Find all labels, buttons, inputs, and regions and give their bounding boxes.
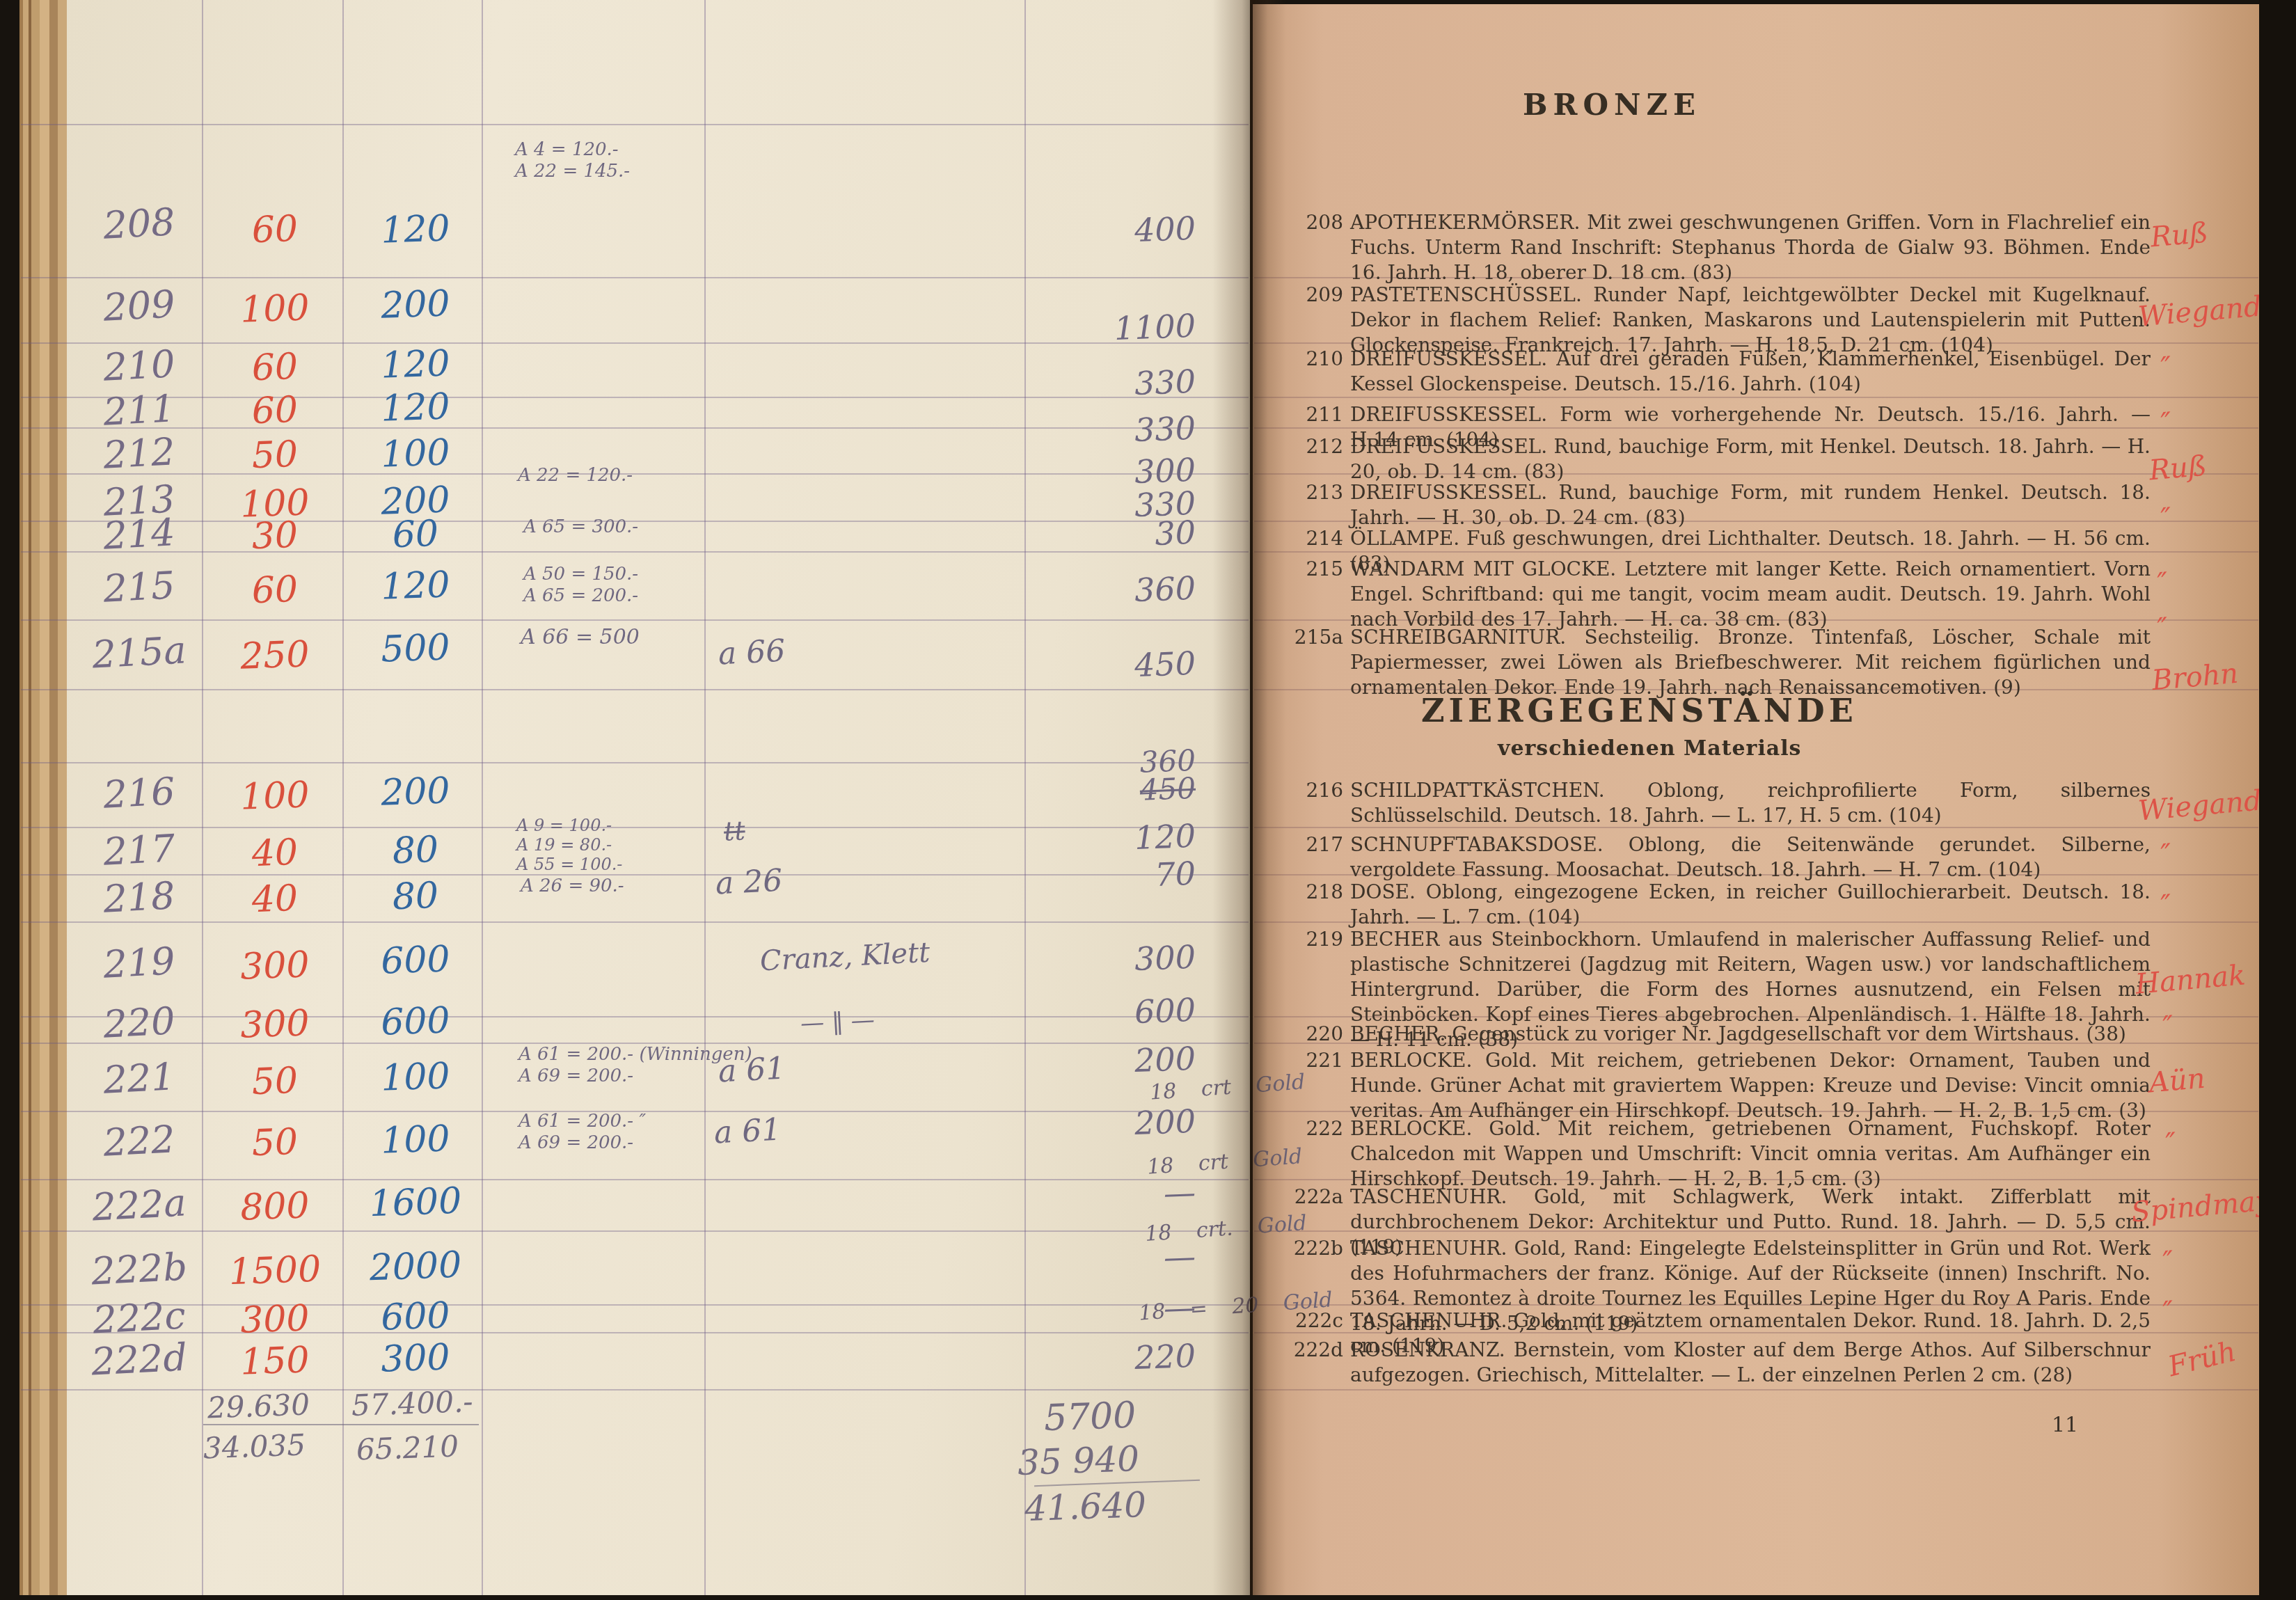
ledger-estimate: 100 — [208, 773, 342, 820]
catalog-entry-text: DREIFUSSKESSEL. Rund, bauchige Form, mit… — [1350, 434, 2151, 484]
ledger-annotation-line: A 69 = 200.- — [518, 1132, 646, 1154]
catalog-entry-text: DREIFUSSKESSEL. Rund, bauchige Form, mit… — [1350, 480, 2151, 530]
ledger-estimate: 60 — [208, 567, 342, 614]
ledger-column-rule — [704, 0, 706, 1595]
ledger-result-total: 5700 — [1043, 1395, 1137, 1440]
catalog-entry: 222d ROSENKRANZ. Bernstein, vom Kloster … — [1276, 1338, 2151, 1388]
ledger-item-no: 218 — [72, 872, 206, 923]
margin-red-note: Ruß — [2149, 216, 2209, 253]
ledger-column-rule — [1024, 0, 1026, 1595]
section-subheading: verschiedenen Materials — [1498, 736, 1802, 761]
catalog-entry: 217 SCHNUPFTABAKSDOSE. Oblong, die Seite… — [1276, 832, 2151, 882]
page-number: 11 — [2052, 1413, 2078, 1437]
ledger-item-no: 220 — [72, 997, 206, 1048]
ledger-estimate: 60 — [208, 344, 342, 391]
ledger-limit: 600 — [346, 937, 485, 984]
ledger-item-no: 210 — [72, 340, 206, 391]
ledger-result: 30 — [1029, 514, 1196, 557]
ledger-limit: 120 — [346, 207, 485, 253]
catalog-entry-text: ROSENKRANZ. Bernstein, vom Kloster auf d… — [1350, 1338, 2151, 1388]
ledger-estimate: 250 — [208, 633, 342, 679]
ledger-limit: 200 — [346, 282, 485, 328]
catalog-entry-number: 218 — [1276, 880, 1350, 930]
catalog-entry: 222 BERLOCKE. Gold. Mit reichem, getrieb… — [1276, 1116, 2151, 1191]
catalog-entry-text: WANDARM MIT GLOCKE. Letztere mit langer … — [1350, 557, 2151, 632]
catalog-entry: 216 SCHILDPATTKÄSTCHEN. Oblong, reichpro… — [1276, 778, 2151, 828]
totals-rule — [203, 1424, 479, 1425]
book-scan: A 4 = 120.- A 22 = 145.- 208 60 120 400 … — [0, 0, 2296, 1600]
ledger-estimate: 30 — [208, 513, 342, 560]
ledger-annotation-line: A 65 = 200.- — [523, 585, 638, 607]
ledger-annotation-line: A 26 = 90.- — [521, 876, 624, 897]
ledger-col5-note-struck: tt — [723, 815, 746, 847]
ledger-estimate: 50 — [208, 1059, 342, 1105]
catalog-entry: 215a SCHREIBGARNITUR. Sechsteilig. Bronz… — [1276, 625, 2151, 700]
section-heading-bronze: BRONZE — [1523, 88, 1701, 122]
ledger-result: 70 — [1029, 855, 1196, 898]
catalog-entry-number: 213 — [1276, 480, 1350, 530]
ledger-limit: 120 — [346, 342, 485, 388]
catalog-entry-number: 210 — [1276, 347, 1350, 397]
catalog-entry: 215 WANDARM MIT GLOCKE. Letztere mit lan… — [1276, 557, 2151, 632]
catalog-entry-number: 215a — [1276, 625, 1350, 700]
catalog-entry: 218 DOSE. Oblong, eingezogene Ecken, in … — [1276, 880, 2151, 930]
ledger-col5-note: a 61 — [713, 1112, 782, 1151]
ledger-col5-note: a 66 — [718, 633, 786, 672]
ledger-row-rule — [21, 921, 1249, 923]
catalog-entry-number: 208 — [1276, 210, 1350, 285]
ledger-result: 220 — [1029, 1337, 1196, 1380]
ledger-estimate-total: 29.630 — [207, 1387, 310, 1425]
ledger-limit: 500 — [346, 626, 485, 672]
ledger-result-grand-total: 41.640 — [1024, 1484, 1147, 1529]
catalog-entry-number: 222d — [1276, 1338, 1350, 1388]
ledger-limit: 120 — [346, 385, 485, 431]
ledger-result: 200 — [1029, 1040, 1196, 1083]
ledger-limit: 600 — [346, 1294, 485, 1340]
ledger-result: 200 — [1029, 1102, 1196, 1146]
ledger-annotation: A 22 = 120.- — [518, 465, 633, 486]
ledger-item-no: 222a — [72, 1180, 206, 1230]
ledger-item-no: 215a — [72, 627, 206, 678]
ledger-estimate: 800 — [208, 1184, 342, 1230]
ledger-col5-ditto: — ‖ — — [800, 1006, 876, 1038]
ledger-limit: 60 — [346, 512, 485, 558]
catalog-entry-text: APOTHEKERMÖRSER. Mit zwei geschwungenen … — [1350, 210, 2151, 285]
ledger-annotation-line: A 55 = 100.- — [516, 855, 622, 874]
ledger-row-rule — [21, 1389, 1249, 1391]
ledger-col5-note: a 26 — [715, 863, 784, 902]
section-heading-ziergegenstaende: ZIERGEGENSTÄNDE — [1421, 692, 1858, 729]
ledger-annotation: A 61 = 200.- ″ A 69 = 200.- — [518, 1111, 646, 1154]
ledger-item-no: 219 — [72, 937, 206, 988]
ledger-estimate: 50 — [208, 432, 342, 479]
ledger-annotation: A 66 = 500 — [521, 626, 640, 648]
ledger-item-no: 215 — [72, 562, 206, 612]
ledger-item-no: 222b — [72, 1244, 206, 1294]
ledger-annotation-line: A 22 = 120.- — [518, 465, 633, 486]
ledger-row-rule — [21, 1230, 1249, 1232]
ledger-annotation-line: A 69 = 200.- — [518, 1066, 752, 1087]
ledger-result-total2: 35 940 — [1017, 1439, 1140, 1483]
ledger-limit: 100 — [346, 431, 485, 477]
ledger-annotation: A 61 = 200.- (Winningen) A 69 = 200.- — [518, 1044, 752, 1087]
margin-red-note: Aün — [2148, 1063, 2206, 1100]
ledger-item-no: 217 — [72, 825, 206, 876]
ledger-estimate: 300 — [208, 1297, 342, 1343]
ledger-result: 400 — [1029, 209, 1196, 253]
ledger-limit: 1600 — [346, 1180, 485, 1226]
ledger-top-note-line: A 4 = 120.- — [515, 139, 630, 161]
catalog-entry: 208 APOTHEKERMÖRSER. Mit zwei geschwunge… — [1276, 210, 2151, 285]
catalog-entry-text: BECHER. Gegenstück zu voriger Nr. Jagdge… — [1350, 1022, 2151, 1047]
ledger-result: — — [1029, 1173, 1196, 1217]
ledger-item-no: 221 — [72, 1053, 206, 1104]
ledger-annotation: A 50 = 150.- A 65 = 200.- — [523, 564, 638, 607]
ledger-estimate: 1500 — [208, 1248, 342, 1294]
ledger-annotation: A 65 = 300.- — [523, 516, 638, 538]
catalog-row-rule — [1254, 397, 2258, 398]
ledger-row-rule — [21, 277, 1249, 278]
catalog-entry: 220 BECHER. Gegenstück zu voriger Nr. Ja… — [1276, 1022, 2151, 1047]
ledger-limit-total2: 65.210 — [356, 1429, 459, 1466]
catalog-entry: 221 BERLOCKE. Gold. Mit reichem, getrieb… — [1276, 1048, 2151, 1123]
ledger-col5-note: a 61 — [718, 1051, 786, 1090]
ledger-top-note-line: A 22 = 145.- — [515, 161, 630, 182]
ledger-annotation-line: A 61 = 200.- ″ — [518, 1111, 646, 1132]
ledger-estimate: 50 — [208, 1120, 342, 1166]
ledger-item-no: 209 — [72, 280, 206, 331]
catalog-entry-number: 212 — [1276, 434, 1350, 484]
catalog-entry-text: DREIFUSSKESSEL. Auf drei geraden Füßen, … — [1350, 347, 2151, 397]
catalog-entry-text: DOSE. Oblong, eingezogene Ecken, in reic… — [1350, 880, 2151, 930]
catalog-entry: 210 DREIFUSSKESSEL. Auf drei geraden Füß… — [1276, 347, 2151, 397]
ledger-result: 300 — [1029, 938, 1196, 981]
ledger-result: 330 — [1029, 409, 1196, 452]
ledger-result: 1100 — [1029, 307, 1196, 350]
ledger-limit: 80 — [346, 873, 485, 920]
book-cover-edge — [2259, 0, 2296, 1600]
ledger-limit: 2000 — [346, 1244, 485, 1290]
ledger-row-rule — [21, 124, 1249, 125]
ledger-limit: 100 — [346, 1117, 485, 1164]
ledger-limit-total: 57.400.- — [351, 1384, 473, 1423]
ledger-estimate: 60 — [208, 388, 342, 434]
ledger-limit: 600 — [346, 999, 485, 1045]
catalog-entry-number: 220 — [1276, 1022, 1350, 1047]
ledger-limit: 300 — [346, 1336, 485, 1382]
ledger-row-rule — [21, 619, 1249, 621]
catalog-entry-number: 215 — [1276, 557, 1350, 632]
ledger-annotation: A 26 = 90.- — [521, 876, 624, 897]
ledger-annotation-line: A 9 = 100.- — [516, 816, 622, 835]
catalog-entry-text: SCHREIBGARNITUR. Sechsteilig. Bronze. Ti… — [1350, 625, 2151, 700]
margin-red-note: Ruß — [2148, 450, 2208, 486]
ledger-result: 450 — [1029, 644, 1196, 688]
ledger-estimate: 300 — [208, 943, 342, 990]
ledger-result: 600 — [1029, 991, 1196, 1034]
ledger-result-struck: 450 — [1029, 771, 1196, 811]
ledger-item-no: 222 — [72, 1116, 206, 1166]
catalog-entry: 213 DREIFUSSKESSEL. Rund, bauchige Form,… — [1276, 480, 2151, 530]
ledger-annotation-line: A 50 = 150.- — [523, 564, 638, 585]
ledger-annotation: A 9 = 100.- A 19 = 80.- A 55 = 100.- — [516, 816, 622, 874]
ledger-item-no: 222d — [72, 1334, 206, 1385]
ledger-result: 360 — [1029, 569, 1196, 612]
ledger-limit: 100 — [346, 1054, 485, 1101]
ledger-item-no: 211 — [72, 385, 206, 436]
ledger-top-note: A 4 = 120.- A 22 = 145.- — [515, 139, 630, 182]
catalog-entry-text: SCHNUPFTABAKSDOSE. Oblong, die Seitenwän… — [1350, 832, 2151, 882]
ledger-annotation-line: A 66 = 500 — [521, 626, 640, 648]
catalog-entry-text: BERLOCKE. Gold. Mit reichem, getriebenen… — [1350, 1116, 2151, 1191]
ledger-estimate: 300 — [208, 1001, 342, 1048]
catalog-entry: 212 DREIFUSSKESSEL. Rund, bauchige Form,… — [1276, 434, 2151, 484]
page-stack-edge — [19, 0, 67, 1595]
ledger-estimate: 40 — [208, 830, 342, 877]
ledger-limit: 120 — [346, 563, 485, 610]
ledger-annotation-line: A 19 = 80.- — [516, 835, 622, 855]
ledger-limit: 80 — [346, 827, 485, 874]
catalog-entry-text: SCHILDPATTKÄSTCHEN. Oblong, reichprofili… — [1350, 778, 2151, 828]
ledger-item-no: 216 — [72, 768, 206, 818]
catalog-entry-number: 217 — [1276, 832, 1350, 882]
ledger-item-no: 208 — [72, 198, 206, 249]
ledger-estimate: 150 — [208, 1338, 342, 1385]
ledger-item-no: 212 — [72, 428, 206, 479]
ledger-item-no: 214 — [72, 509, 206, 560]
ledger-limit: 200 — [346, 769, 485, 816]
ledger-result: 120 — [1029, 817, 1196, 860]
ledger-estimate: 100 — [208, 286, 342, 333]
catalog-entry-number: 216 — [1276, 778, 1350, 828]
ledger-estimate-total2: 34.035 — [203, 1427, 306, 1465]
ledger-annotation-line: A 65 = 300.- — [523, 516, 638, 538]
ledger-result: 330 — [1029, 363, 1196, 406]
catalog-row-rule — [1254, 1389, 2258, 1391]
ledger-estimate: 60 — [208, 207, 342, 253]
ledger-column-rule — [342, 0, 344, 1595]
ledger-row-rule — [21, 689, 1249, 690]
ledger-estimate: 40 — [208, 876, 342, 923]
catalog-entry-text: BERLOCKE. Gold. Mit reichem, getriebenen… — [1350, 1048, 2151, 1123]
